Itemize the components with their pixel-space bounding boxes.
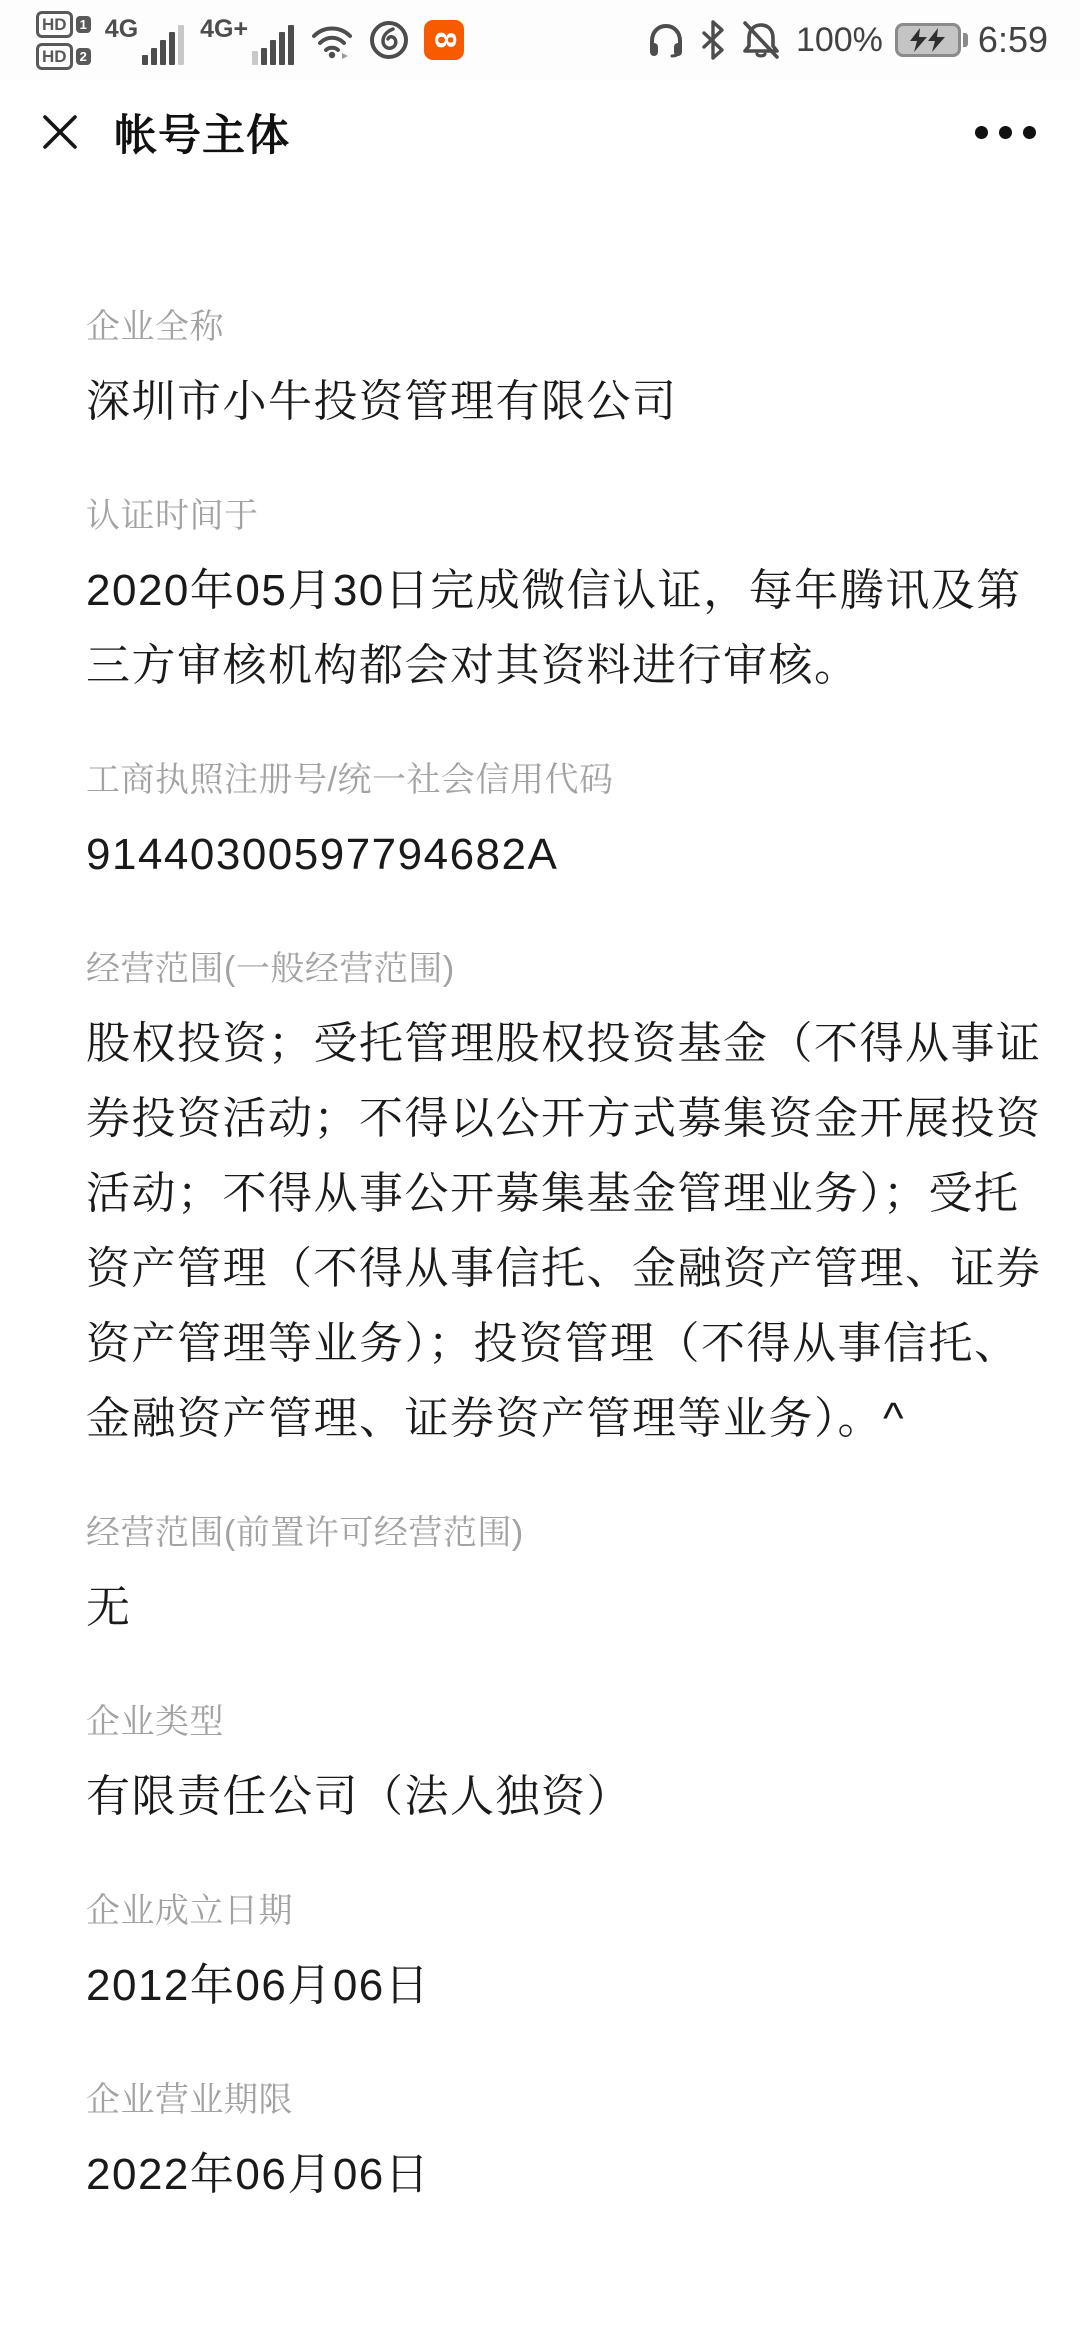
hd-label: HD	[36, 11, 73, 38]
section-verification-time: 认证时间于 2020年05月30日完成微信认证，每年腾讯及第三方审核机构都会对其…	[86, 491, 1046, 703]
account-subject-details: 企业全称 深圳市小牛投资管理有限公司 认证时间于 2020年05月30日完成微信…	[0, 184, 1080, 2212]
more-dots-icon	[999, 126, 1012, 139]
bluetooth-icon	[700, 20, 726, 60]
section-business-term: 企业营业期限 2022年06月06日	[86, 2075, 1046, 2212]
close-button[interactable]	[38, 110, 82, 154]
more-dots-icon	[1023, 126, 1036, 139]
more-menu-button[interactable]	[975, 116, 1036, 149]
field-label: 企业类型	[86, 1697, 1046, 1747]
clock-time: 6:59	[978, 19, 1048, 61]
field-value: 股权投资；受托管理股权投资基金（不得从事证券投资活动；不得以公开方式募集资金开展…	[86, 1006, 1046, 1456]
section-establish-date: 企业成立日期 2012年06月06日	[86, 1886, 1046, 2023]
field-label: 经营范围(前置许可经营范围)	[86, 1508, 1046, 1558]
field-value: 2022年06月06日	[86, 2137, 1046, 2212]
field-value: 深圳市小牛投资管理有限公司	[86, 364, 1046, 439]
headset-icon	[646, 21, 686, 59]
field-label: 企业营业期限	[86, 2075, 1046, 2125]
field-value: 2020年05月30日完成微信认证，每年腾讯及第三方审核机构都会对其资料进行审核…	[86, 553, 1046, 703]
kuaishou-icon: 8	[424, 20, 464, 60]
network-type-sim2: 4G+	[200, 15, 248, 44]
section-company-name: 企业全称 深圳市小牛投资管理有限公司	[86, 302, 1046, 439]
signal-4g-icon: 4G	[105, 15, 184, 65]
field-value: 无	[86, 1570, 1046, 1645]
mute-bell-icon	[740, 20, 782, 60]
status-bar: HD 1 HD 2 4G 4G+	[0, 0, 1080, 80]
field-label: 工商执照注册号/统一社会信用代码	[86, 755, 1046, 805]
kuaishou-glyph: 8	[429, 32, 459, 49]
field-value: 有限责任公司（法人独资）	[86, 1759, 1046, 1834]
more-dots-icon	[975, 126, 988, 139]
volte-hd-sim2-icon: HD 2	[36, 43, 91, 70]
field-label: 认证时间于	[86, 491, 1046, 541]
sim1-number: 1	[76, 16, 91, 33]
section-business-scope-general: 经营范围(一般经营范围) 股权投资；受托管理股权投资基金（不得从事证券投资活动；…	[86, 944, 1046, 1456]
wifi-icon	[310, 20, 354, 60]
battery-percent: 100%	[796, 21, 883, 60]
hd-label: HD	[36, 43, 73, 70]
nav-header: 帐号主体	[0, 80, 1080, 184]
field-value: 91440300597794682A	[86, 817, 1046, 892]
signal-4g-plus-icon: 4G+	[200, 15, 294, 65]
field-label: 经营范围(一般经营范围)	[86, 944, 1046, 994]
netease-music-icon	[368, 19, 410, 61]
volte-hd-sim1-icon: HD 1	[36, 11, 91, 38]
field-label: 企业全称	[86, 302, 1046, 352]
field-value: 2012年06月06日	[86, 1948, 1046, 2023]
section-license-number: 工商执照注册号/统一社会信用代码 91440300597794682A	[86, 755, 1046, 892]
close-icon	[40, 112, 80, 152]
sim2-number: 2	[76, 48, 91, 65]
page-title: 帐号主体	[114, 102, 290, 163]
section-company-type: 企业类型 有限责任公司（法人独资）	[86, 1697, 1046, 1834]
section-business-scope-licensed: 经营范围(前置许可经营范围) 无	[86, 1508, 1046, 1645]
battery-charging-icon	[895, 23, 968, 57]
network-type-sim1: 4G	[105, 15, 138, 44]
field-label: 企业成立日期	[86, 1886, 1046, 1936]
